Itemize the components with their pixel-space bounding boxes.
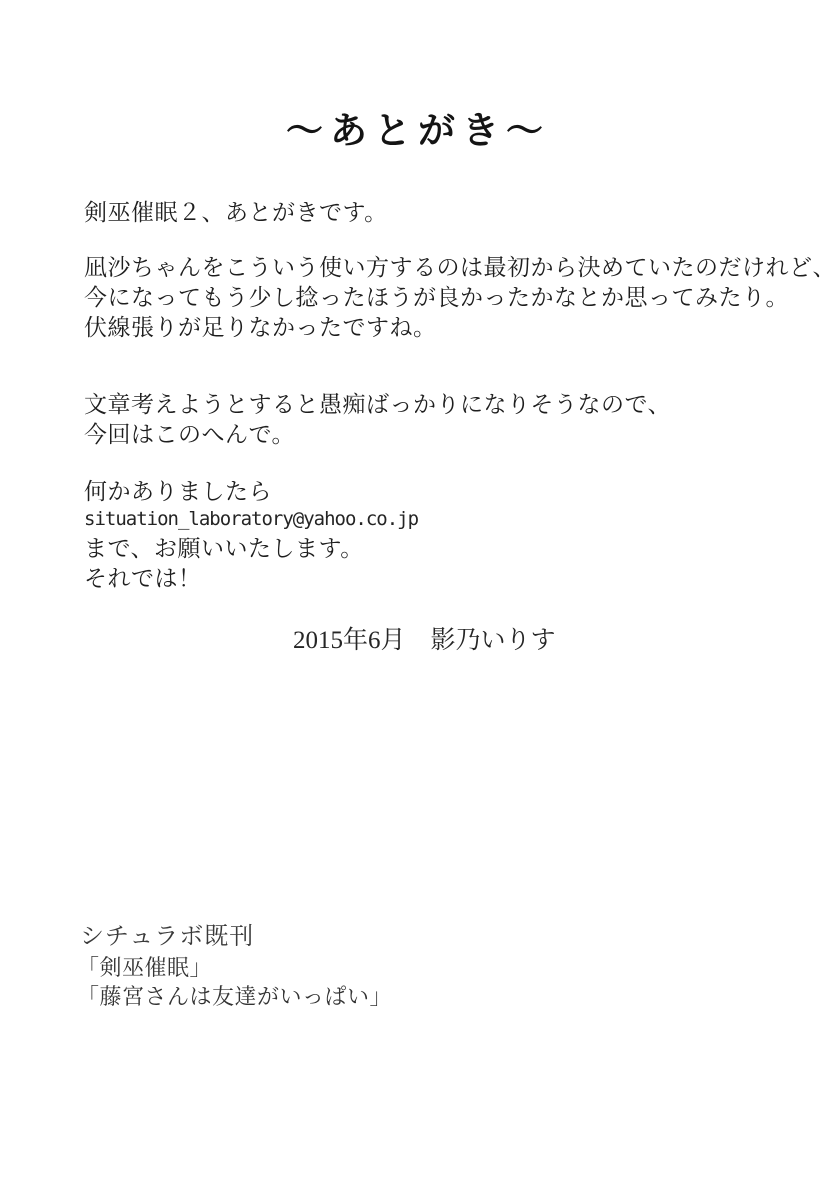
intro-line: 剣巫催眠２、あとがきです。 xyxy=(84,197,388,227)
body2-line1: 文章考えようとすると愚痴ばっかりになりそうなので、 xyxy=(84,389,671,419)
afterword-page: ～あとがき～ 剣巫催眠２、あとがきです。 凪沙ちゃんをこういう使い方するのは最初… xyxy=(0,0,836,1200)
backlist-heading: シチュラボ既刊 xyxy=(80,916,254,951)
contact-closing: それでは！ xyxy=(84,563,418,593)
body1-line2: 今になってもう少し捻ったほうが良かったかなとか思ってみたり。 xyxy=(84,282,836,312)
contact-request: まで、お願いいたします。 xyxy=(84,533,418,563)
backlist-item: 「藤宮さんは友達がいっぱい」 xyxy=(77,980,392,1011)
contact-block: 何かありましたら situation_laboratory@yahoo.co.j… xyxy=(84,476,418,593)
contact-intro: 何かありましたら xyxy=(84,476,418,506)
body-paragraph-1: 凪沙ちゃんをこういう使い方するのは最初から決めていたのだけれど、 今になってもう… xyxy=(84,252,836,342)
body2-line2: 今回はこのへんで。 xyxy=(84,419,671,449)
contact-email: situation_laboratory@yahoo.co.jp xyxy=(84,506,418,533)
body1-line1: 凪沙ちゃんをこういう使い方するのは最初から決めていたのだけれど、 xyxy=(84,252,836,282)
body1-line3: 伏線張りが足りなかったですね。 xyxy=(84,312,836,342)
body-paragraph-2: 文章考えようとすると愚痴ばっかりになりそうなので、 今回はこのへんで。 xyxy=(84,389,671,449)
backlist-item: 「剣巫催眠」 xyxy=(77,951,212,982)
date-signature: 2015年6月 影乃いりす xyxy=(293,620,556,656)
page-title: ～あとがき～ xyxy=(0,100,836,154)
